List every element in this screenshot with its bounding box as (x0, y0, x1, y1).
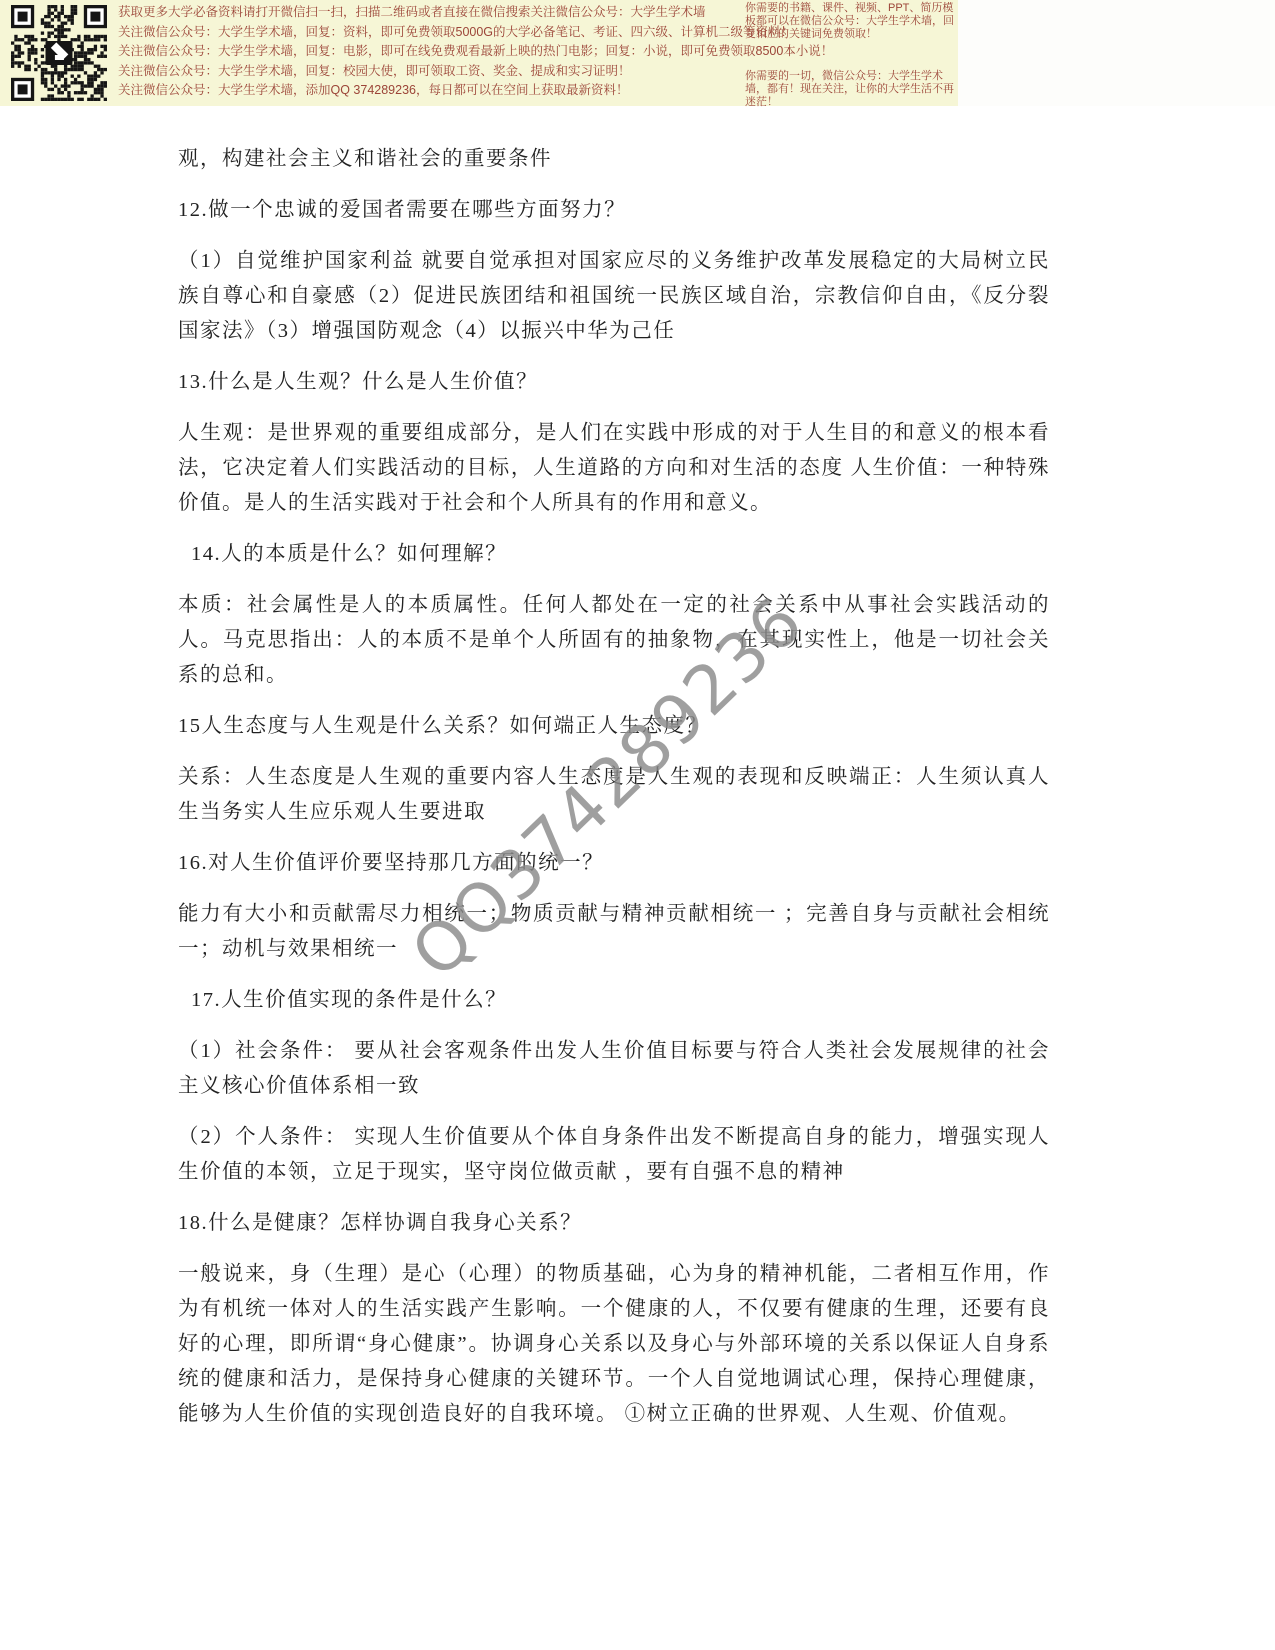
banner-right-area: 大学生学术墙 公众号ID：xueshuqiang8888 资料 ｜ 攻略 ｜ 经… (958, 0, 1275, 106)
promo-banner: 获取更多大学必备资料请打开微信扫一扫，扫描二维码或者直接在微信搜索关注微信公众号… (0, 0, 958, 106)
graduation-cap-icon (46, 41, 73, 65)
banner-line: 关注微信公众号：大学生学术墙，添加QQ 374289236，每日都可以在空间上获… (118, 81, 778, 101)
question-18: 18.什么是健康？怎样协调自我身心关系？ (178, 1206, 1050, 1241)
question-15: 15人生态度与人生观是什么关系？如何端正人生态度？ (178, 709, 1050, 744)
answer-12: （1）自觉维护国家利益 就要自觉承担对国家应尽的义务维护改革发展稳定的大局树立民… (178, 244, 1050, 349)
banner-text-block: 获取更多大学必备资料请打开微信扫一扫，扫描二维码或者直接在微信搜索关注微信公众号… (118, 3, 778, 101)
banner-line: 关注微信公众号：大学生学术墙，回复：资料，即可免费领取5000G的大学必备笔记、… (118, 23, 778, 43)
banner-middle-note-1: 你需要的书籍、课件、视频、PPT、简历模板都可以在微信公众号：大学生学术墙，回复… (745, 2, 959, 40)
question-13: 13.什么是人生观？什么是人生价值？ (178, 365, 1050, 400)
banner-line: 关注微信公众号：大学生学术墙，回复：电影，即可在线免费观看最新上映的热门电影；回… (118, 42, 778, 62)
answer-13: 人生观：是世界观的重要组成部分，是人们在实践中形成的对于人生目的和意义的根本看法… (178, 416, 1050, 521)
answer-17-social: （1）社会条件： 要从社会客观条件出发人生价值目标要与符合人类社会发展规律的社会… (178, 1034, 1050, 1104)
banner-line: 关注微信公众号：大学生学术墙，回复：校园大使，即可领取工资、奖金、提成和实习证明… (118, 62, 778, 82)
qr-code-left (9, 5, 109, 101)
banner-middle-note-2: 你需要的一切，微信公众号：大学生学术墙，都有！现在关注，让你的大学生活不再迷茫！ (745, 70, 959, 108)
answer-17-personal: （2）个人条件： 实现人生价值要从个体自身条件出发不断提高自身的能力，增强实现人… (178, 1120, 1050, 1190)
answer-15: 关系：人生态度是人生观的重要内容人生态度是人生观的表现和反映端正：人生须认真人生… (178, 760, 1050, 830)
answer-14: 本质：社会属性是人的本质属性。任何人都处在一定的社会关系中从事社会实践活动的人。… (178, 588, 1050, 693)
answer-18: 一般说来，身（生理）是心（心理）的物质基础，心为身的精神机能，二者相互作用，作为… (178, 1257, 1050, 1432)
scanned-document-page: 获取更多大学必备资料请打开微信扫一扫，扫描二维码或者直接在微信搜索关注微信公众号… (0, 0, 1275, 1650)
answer-16: 能力有大小和贡献需尽力相统一；物质贡献与精神贡献相统一 ；完善自身与贡献社会相统… (178, 897, 1050, 967)
paragraph-continuation: 观，构建社会主义和谐社会的重要条件 (178, 142, 1050, 177)
question-14: 14.人的本质是什么？如何理解？ (178, 537, 1050, 572)
document-body: 观，构建社会主义和谐社会的重要条件 12.做一个忠诚的爱国者需要在哪些方面努力？… (178, 142, 1050, 1448)
banner-line: 获取更多大学必备资料请打开微信扫一扫，扫描二维码或者直接在微信搜索关注微信公众号… (118, 3, 778, 23)
question-12: 12.做一个忠诚的爱国者需要在哪些方面努力？ (178, 193, 1050, 228)
question-16: 16.对人生价值评价要坚持那几方面的统一？ (178, 846, 1050, 881)
question-17: 17.人生价值实现的条件是什么？ (178, 983, 1050, 1018)
